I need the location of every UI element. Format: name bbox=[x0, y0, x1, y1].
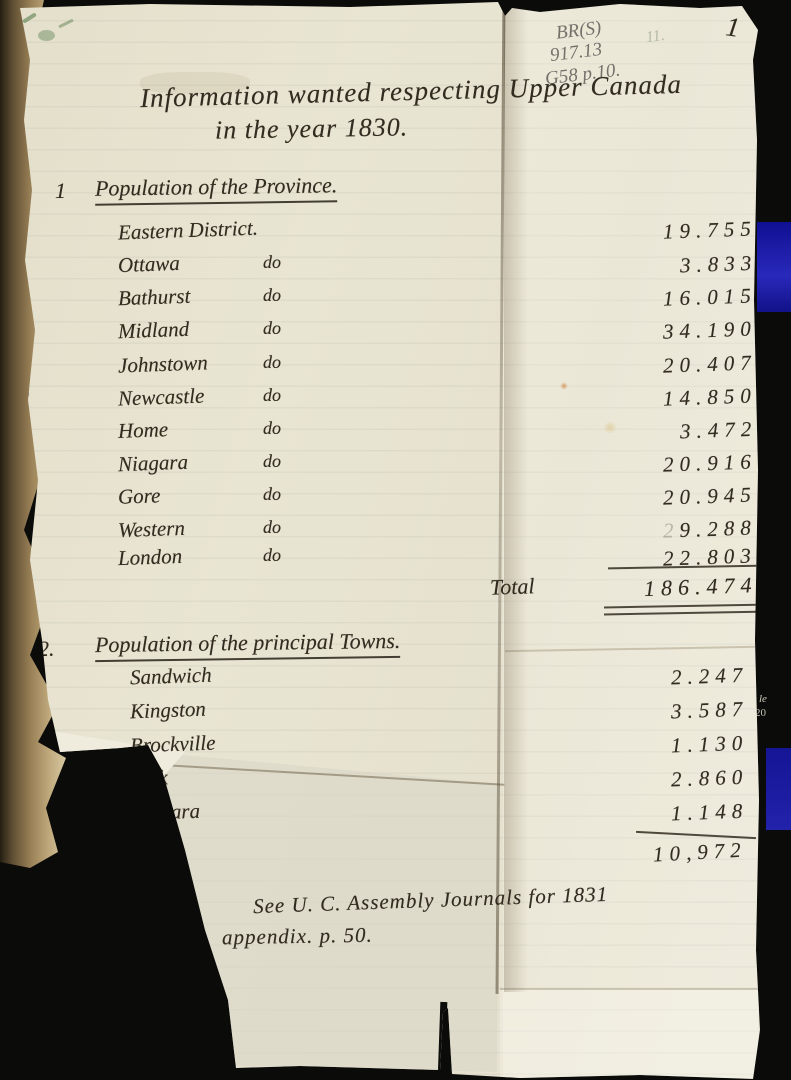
district-value: 3.833 bbox=[679, 251, 757, 279]
district-row: Ottawa do 3.833 bbox=[0, 252, 791, 286]
district-name: Niagara bbox=[118, 450, 189, 477]
manuscript-sheet: BR(S) 917.13 G58 p.10. 11. 1 Information… bbox=[0, 0, 791, 1080]
town-value: 2.860 bbox=[670, 765, 748, 793]
town-name: Brockville bbox=[130, 731, 216, 759]
district-value: 16.015 bbox=[663, 283, 758, 311]
scanned-manuscript-page: le 20 BR(S) 917.13 G58 p.10. 11. 1 Infor… bbox=[0, 0, 791, 1080]
ditto-mark: do bbox=[263, 385, 281, 406]
town-name: York bbox=[130, 765, 169, 791]
town-value: 1.148 bbox=[670, 799, 748, 827]
town-row: Brockville 1.130 bbox=[0, 732, 791, 766]
ditto-mark: do bbox=[263, 545, 281, 566]
district-name: Ottawa bbox=[118, 251, 181, 278]
district-row: Newcastle do 14.850 bbox=[0, 385, 791, 419]
section2-number: 2. bbox=[38, 636, 55, 662]
ditto-mark: do bbox=[263, 352, 281, 373]
district-row: Gore do 20.945 bbox=[0, 484, 791, 518]
town-value: 3.587 bbox=[670, 697, 748, 725]
district-value-text: 9.288 bbox=[679, 515, 757, 542]
district-value: 3.472 bbox=[679, 417, 757, 445]
section1-heading: Population of the Province. bbox=[95, 172, 338, 205]
towns-total-value: 10,972 bbox=[653, 838, 748, 868]
district-value: 19.755 bbox=[663, 216, 758, 244]
district-name: Bathurst bbox=[118, 284, 191, 312]
citation-line2: appendix. p. 50. bbox=[222, 923, 373, 951]
faint-stamp-mark: 11. bbox=[645, 27, 666, 47]
town-value: 1.130 bbox=[670, 731, 748, 759]
district-value: 20.945 bbox=[663, 482, 758, 510]
district-name: Johnstown bbox=[118, 350, 209, 378]
section2-heading: Population of the principal Towns. bbox=[95, 628, 401, 662]
town-row: York 2.860 bbox=[0, 766, 791, 800]
title-line2: in the year 1830. bbox=[215, 112, 409, 145]
district-row: Home do 3.472 bbox=[0, 418, 791, 452]
district-value: 34.190 bbox=[663, 316, 758, 344]
town-row: Sandwich 2.247 bbox=[0, 664, 791, 698]
town-row: Kingston 3.587 bbox=[0, 698, 791, 732]
bottom-fold-shading bbox=[500, 990, 758, 1078]
district-name: Western bbox=[118, 516, 186, 543]
district-row: Eastern District. 19.755 bbox=[0, 218, 791, 252]
ditto-mark: do bbox=[263, 484, 281, 505]
district-value: 20.916 bbox=[663, 449, 758, 477]
scan-edge-blue-patch-bottom bbox=[766, 748, 791, 830]
district-name: Newcastle bbox=[118, 384, 205, 412]
ditto-mark: do bbox=[263, 451, 281, 472]
town-name: Sandwich bbox=[130, 663, 212, 691]
district-row: Johnstown do 20.407 bbox=[0, 352, 791, 386]
district-name: Home bbox=[118, 417, 169, 444]
margin-ruler-text: le bbox=[759, 693, 767, 705]
district-value: 29.288 bbox=[663, 515, 758, 543]
district-row: Niagara do 20.916 bbox=[0, 451, 791, 485]
town-name: Niagara bbox=[130, 799, 201, 826]
ditto-mark: do bbox=[263, 252, 281, 273]
district-value: 20.407 bbox=[663, 350, 758, 378]
district-row: London do 22.803 bbox=[0, 545, 791, 579]
district-name: Midland bbox=[118, 317, 190, 344]
green-pencil-blob bbox=[38, 30, 55, 41]
scan-edge-blue-patch-top bbox=[757, 222, 791, 312]
ditto-mark: do bbox=[263, 418, 281, 439]
district-row: Midland do 34.190 bbox=[0, 318, 791, 352]
section1-number: 1 bbox=[55, 178, 66, 204]
district-name: London bbox=[118, 544, 183, 571]
district-value: 14.850 bbox=[663, 383, 758, 411]
total-value: 186.474 bbox=[643, 572, 757, 602]
district-name: Eastern District. bbox=[118, 216, 259, 246]
district-row: Bathurst do 16.015 bbox=[0, 285, 791, 319]
ghost-overprint-digit: 2 bbox=[663, 518, 680, 543]
ditto-mark: do bbox=[263, 517, 281, 538]
town-row: Niagara 1.148 bbox=[0, 800, 791, 834]
total-label: Total bbox=[490, 573, 535, 601]
town-name: Kingston bbox=[130, 697, 207, 725]
ditto-mark: do bbox=[263, 318, 281, 339]
district-name: Gore bbox=[118, 483, 161, 509]
ditto-mark: do bbox=[263, 285, 281, 306]
bottom-leaf-gap bbox=[438, 1002, 448, 1080]
town-value: 2.247 bbox=[670, 663, 748, 691]
